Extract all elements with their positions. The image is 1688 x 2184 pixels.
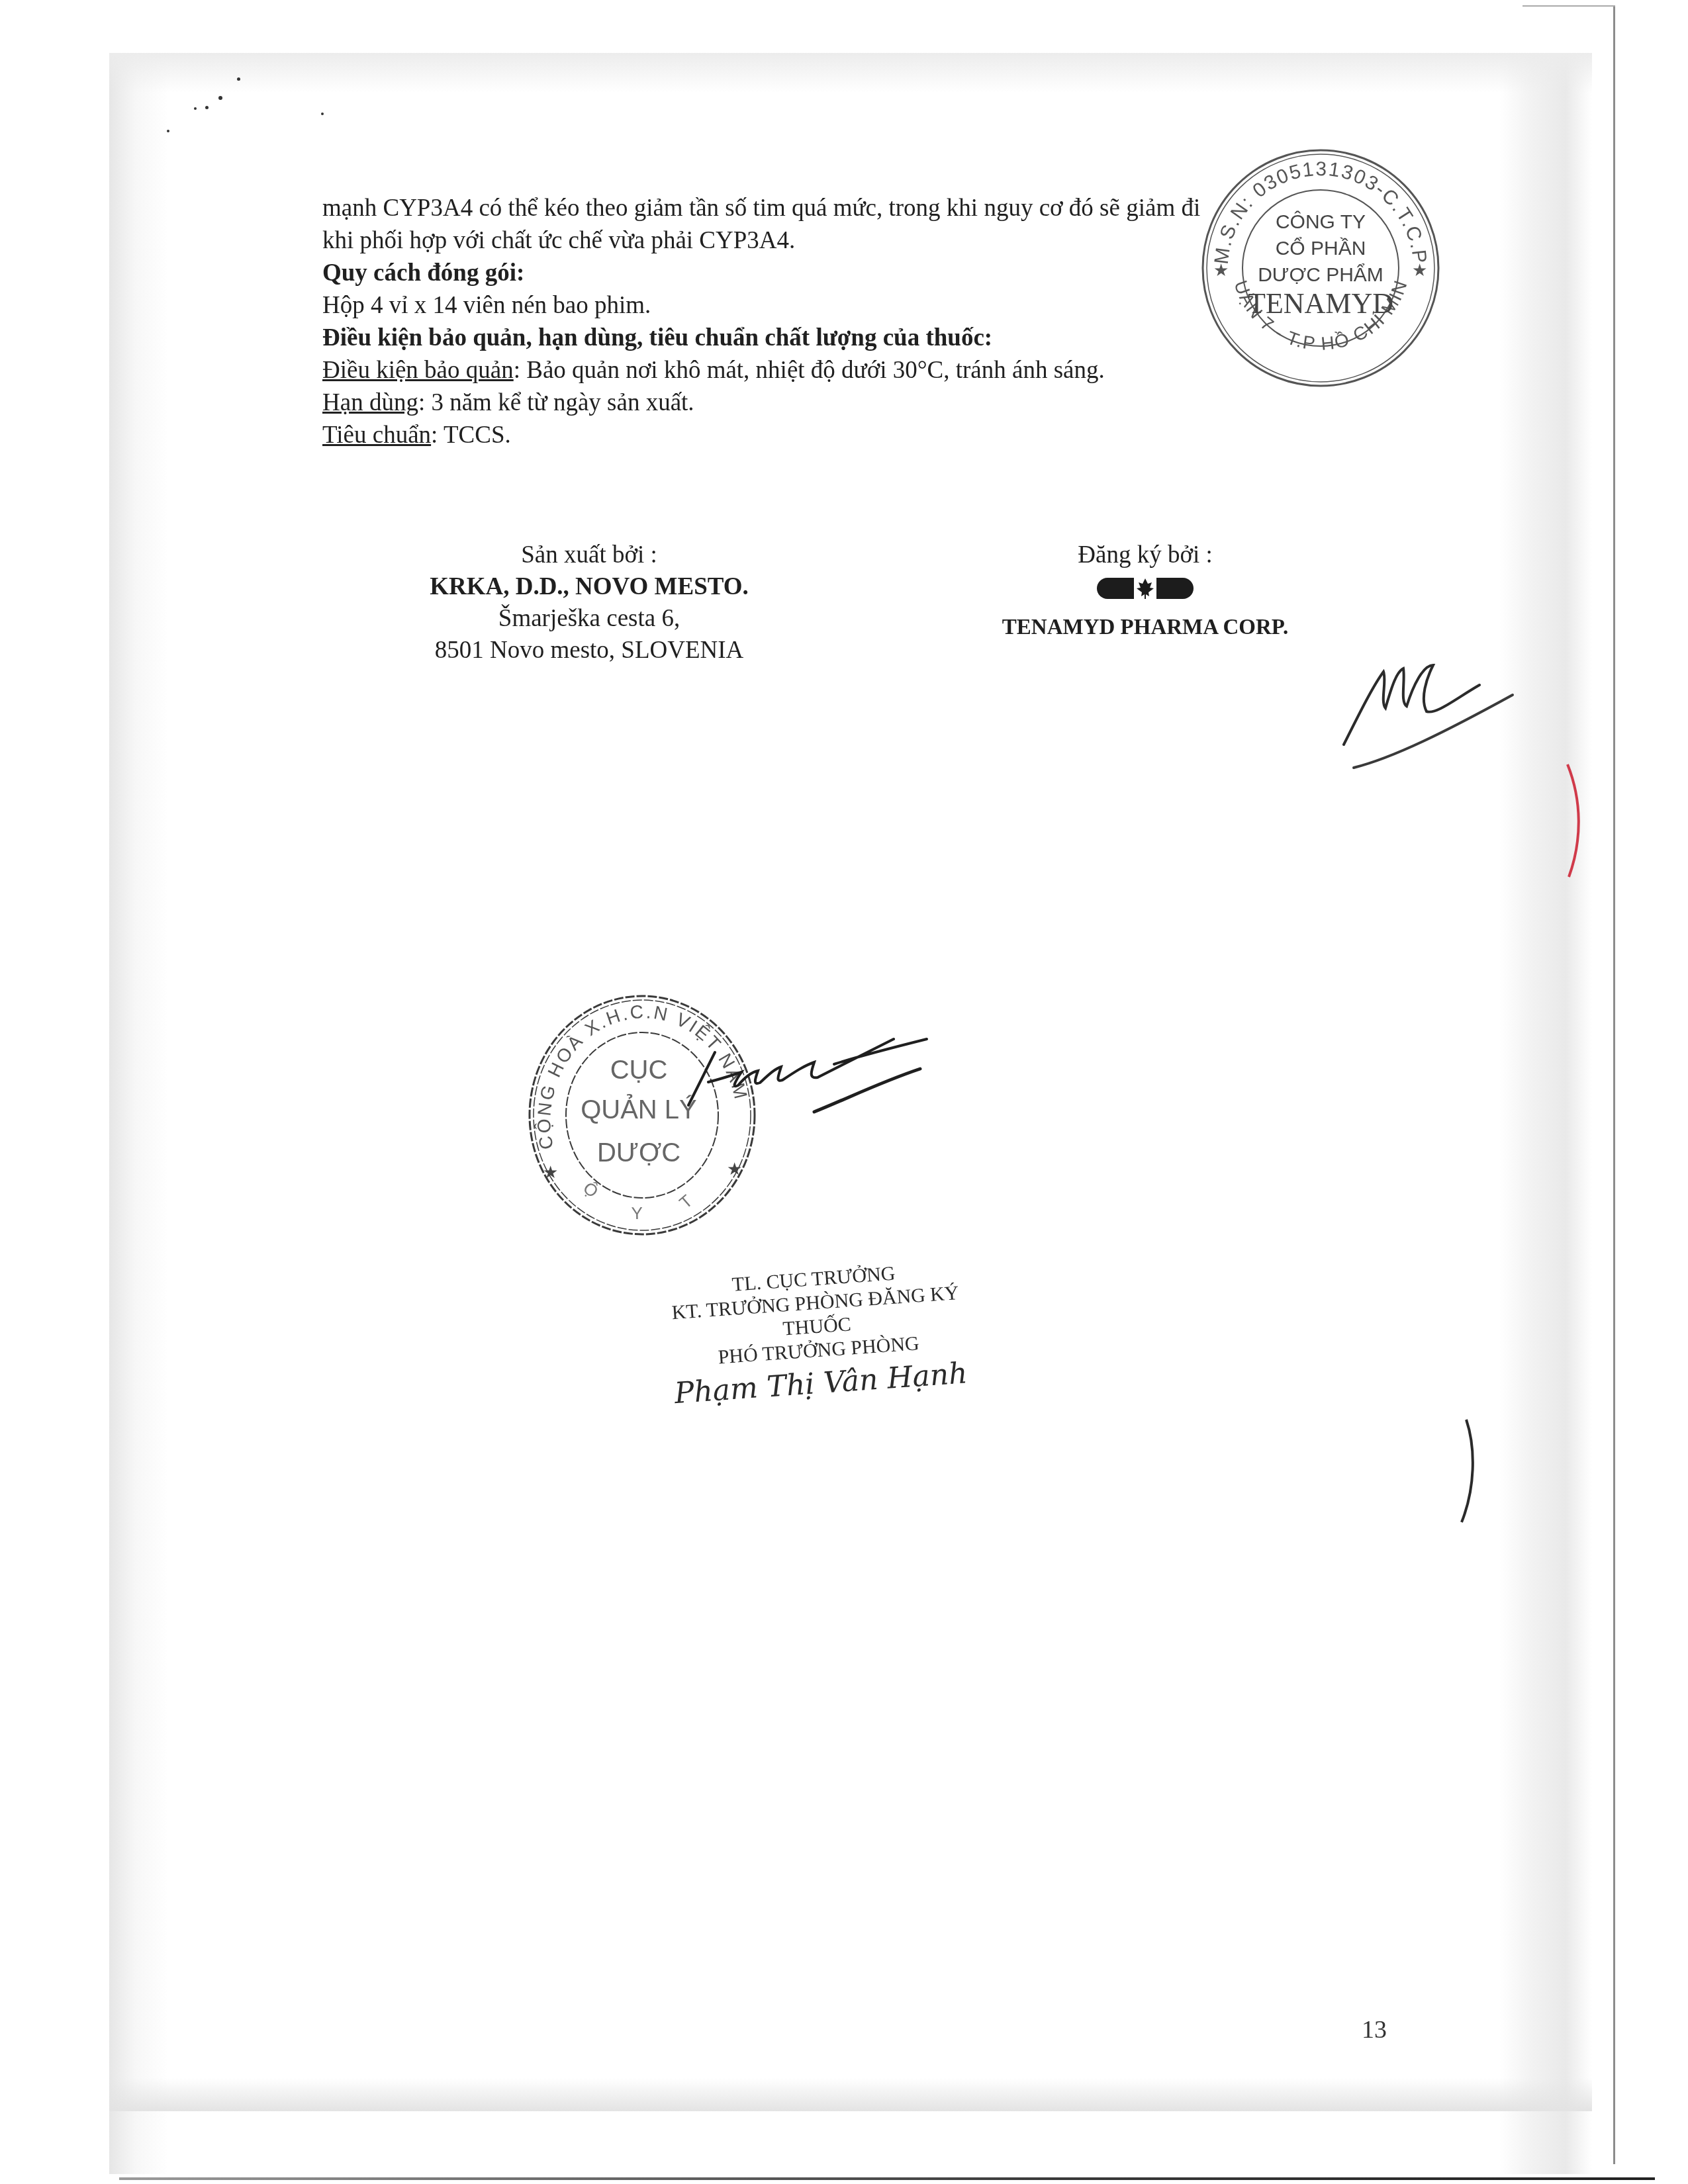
- standard-label: Tiêu chuẩn: [322, 422, 431, 449]
- producer-label: Sản xuất bởi :: [357, 539, 821, 571]
- scan-shadow-top: [109, 53, 1592, 93]
- gov-stamp-line1: CỤC: [610, 1056, 668, 1085]
- shelf-life-text: : 3 năm kể từ ngày sản xuất.: [418, 389, 694, 416]
- official-title-block: TL. CỤC TRƯỞNG KT. TRƯỞNG PHÒNG ĐĂNG KÝ …: [635, 1255, 1001, 1414]
- scan-speck: [218, 96, 222, 100]
- body-line: khi phối hợp với chất ức chế vừa phải CY…: [322, 224, 1289, 257]
- producer-block: Sản xuất bởi : KRKA, D.D., NOVO MESTO. Š…: [357, 539, 821, 666]
- star-icon: ★: [1213, 261, 1229, 280]
- shelf-life-label: Hạn dùng: [322, 389, 418, 416]
- producer-address-2: 8501 Novo mesto, SLOVENIA: [357, 635, 821, 666]
- company-stamp: M.S.N: 0305131303-C.T.C.P QUẬN 7 - T.P H…: [1188, 136, 1453, 400]
- standard-text: : TCCS.: [431, 422, 511, 449]
- packaging-text: Hộp 4 vỉ x 14 viên nén bao phim.: [322, 289, 1289, 322]
- registrant-name: TENAMYD PHARMA CORP.: [947, 612, 1344, 643]
- company-stamp-line1: CÔNG TY: [1276, 210, 1366, 233]
- producer-address-1: Šmarješka cesta 6,: [357, 603, 821, 635]
- registrant-label: Đăng ký bởi :: [947, 539, 1344, 571]
- body-line: mạnh CYP3A4 có thể kéo theo giảm tần số …: [322, 192, 1289, 224]
- document-body: mạnh CYP3A4 có thể kéo theo giảm tần số …: [322, 192, 1289, 451]
- red-margin-mark: [1562, 761, 1589, 880]
- page-edge-top: [1523, 5, 1615, 7]
- pen-margin-mark: [1456, 1416, 1483, 1529]
- scan-speck: [205, 106, 209, 109]
- company-stamp-line3: DƯỢC PHẨM: [1258, 263, 1383, 286]
- scan-speck: [194, 107, 197, 110]
- storage-row: Điều kiện bảo quản: Bảo quản nơi khô mát…: [322, 354, 1289, 387]
- company-stamp-line4: TENAMYD: [1248, 287, 1393, 320]
- producer-name: KRKA, D.D., NOVO MESTO.: [357, 571, 821, 603]
- storage-text: : Bảo quản nơi khô mát, nhiệt độ dưới 30…: [514, 357, 1105, 384]
- scan-speck: [321, 113, 324, 115]
- page-edge-bottom: [119, 2177, 1655, 2180]
- scan-shadow-bottom: [109, 2078, 1592, 2111]
- tenamyd-logo-icon: [1096, 576, 1195, 600]
- page-number: 13: [1362, 2015, 1387, 2044]
- registrant-block: Đăng ký bởi : TENAMYD PHARMA CORP.: [947, 539, 1344, 643]
- shelf-life-row: Hạn dùng: 3 năm kể từ ngày sản xuất.: [322, 387, 1289, 419]
- packaging-heading: Quy cách đóng gói:: [322, 257, 1289, 289]
- page-edge-right: [1613, 5, 1615, 2164]
- storage-label: Điều kiện bảo quản: [322, 357, 514, 384]
- standard-row: Tiêu chuẩn: TCCS.: [322, 419, 1289, 451]
- registrant-signature: [1334, 645, 1532, 778]
- scan-speck: [167, 130, 169, 132]
- company-stamp-line2: CỔ PHẦN: [1276, 237, 1366, 259]
- scan-speck: [237, 77, 240, 81]
- storage-heading: Điều kiện bảo quản, hạn dùng, tiêu chuẩn…: [322, 322, 1289, 354]
- star-icon: ★: [1412, 261, 1427, 280]
- star-icon: ★: [543, 1163, 558, 1182]
- official-signature: [669, 1019, 947, 1152]
- star-icon: ★: [727, 1160, 742, 1179]
